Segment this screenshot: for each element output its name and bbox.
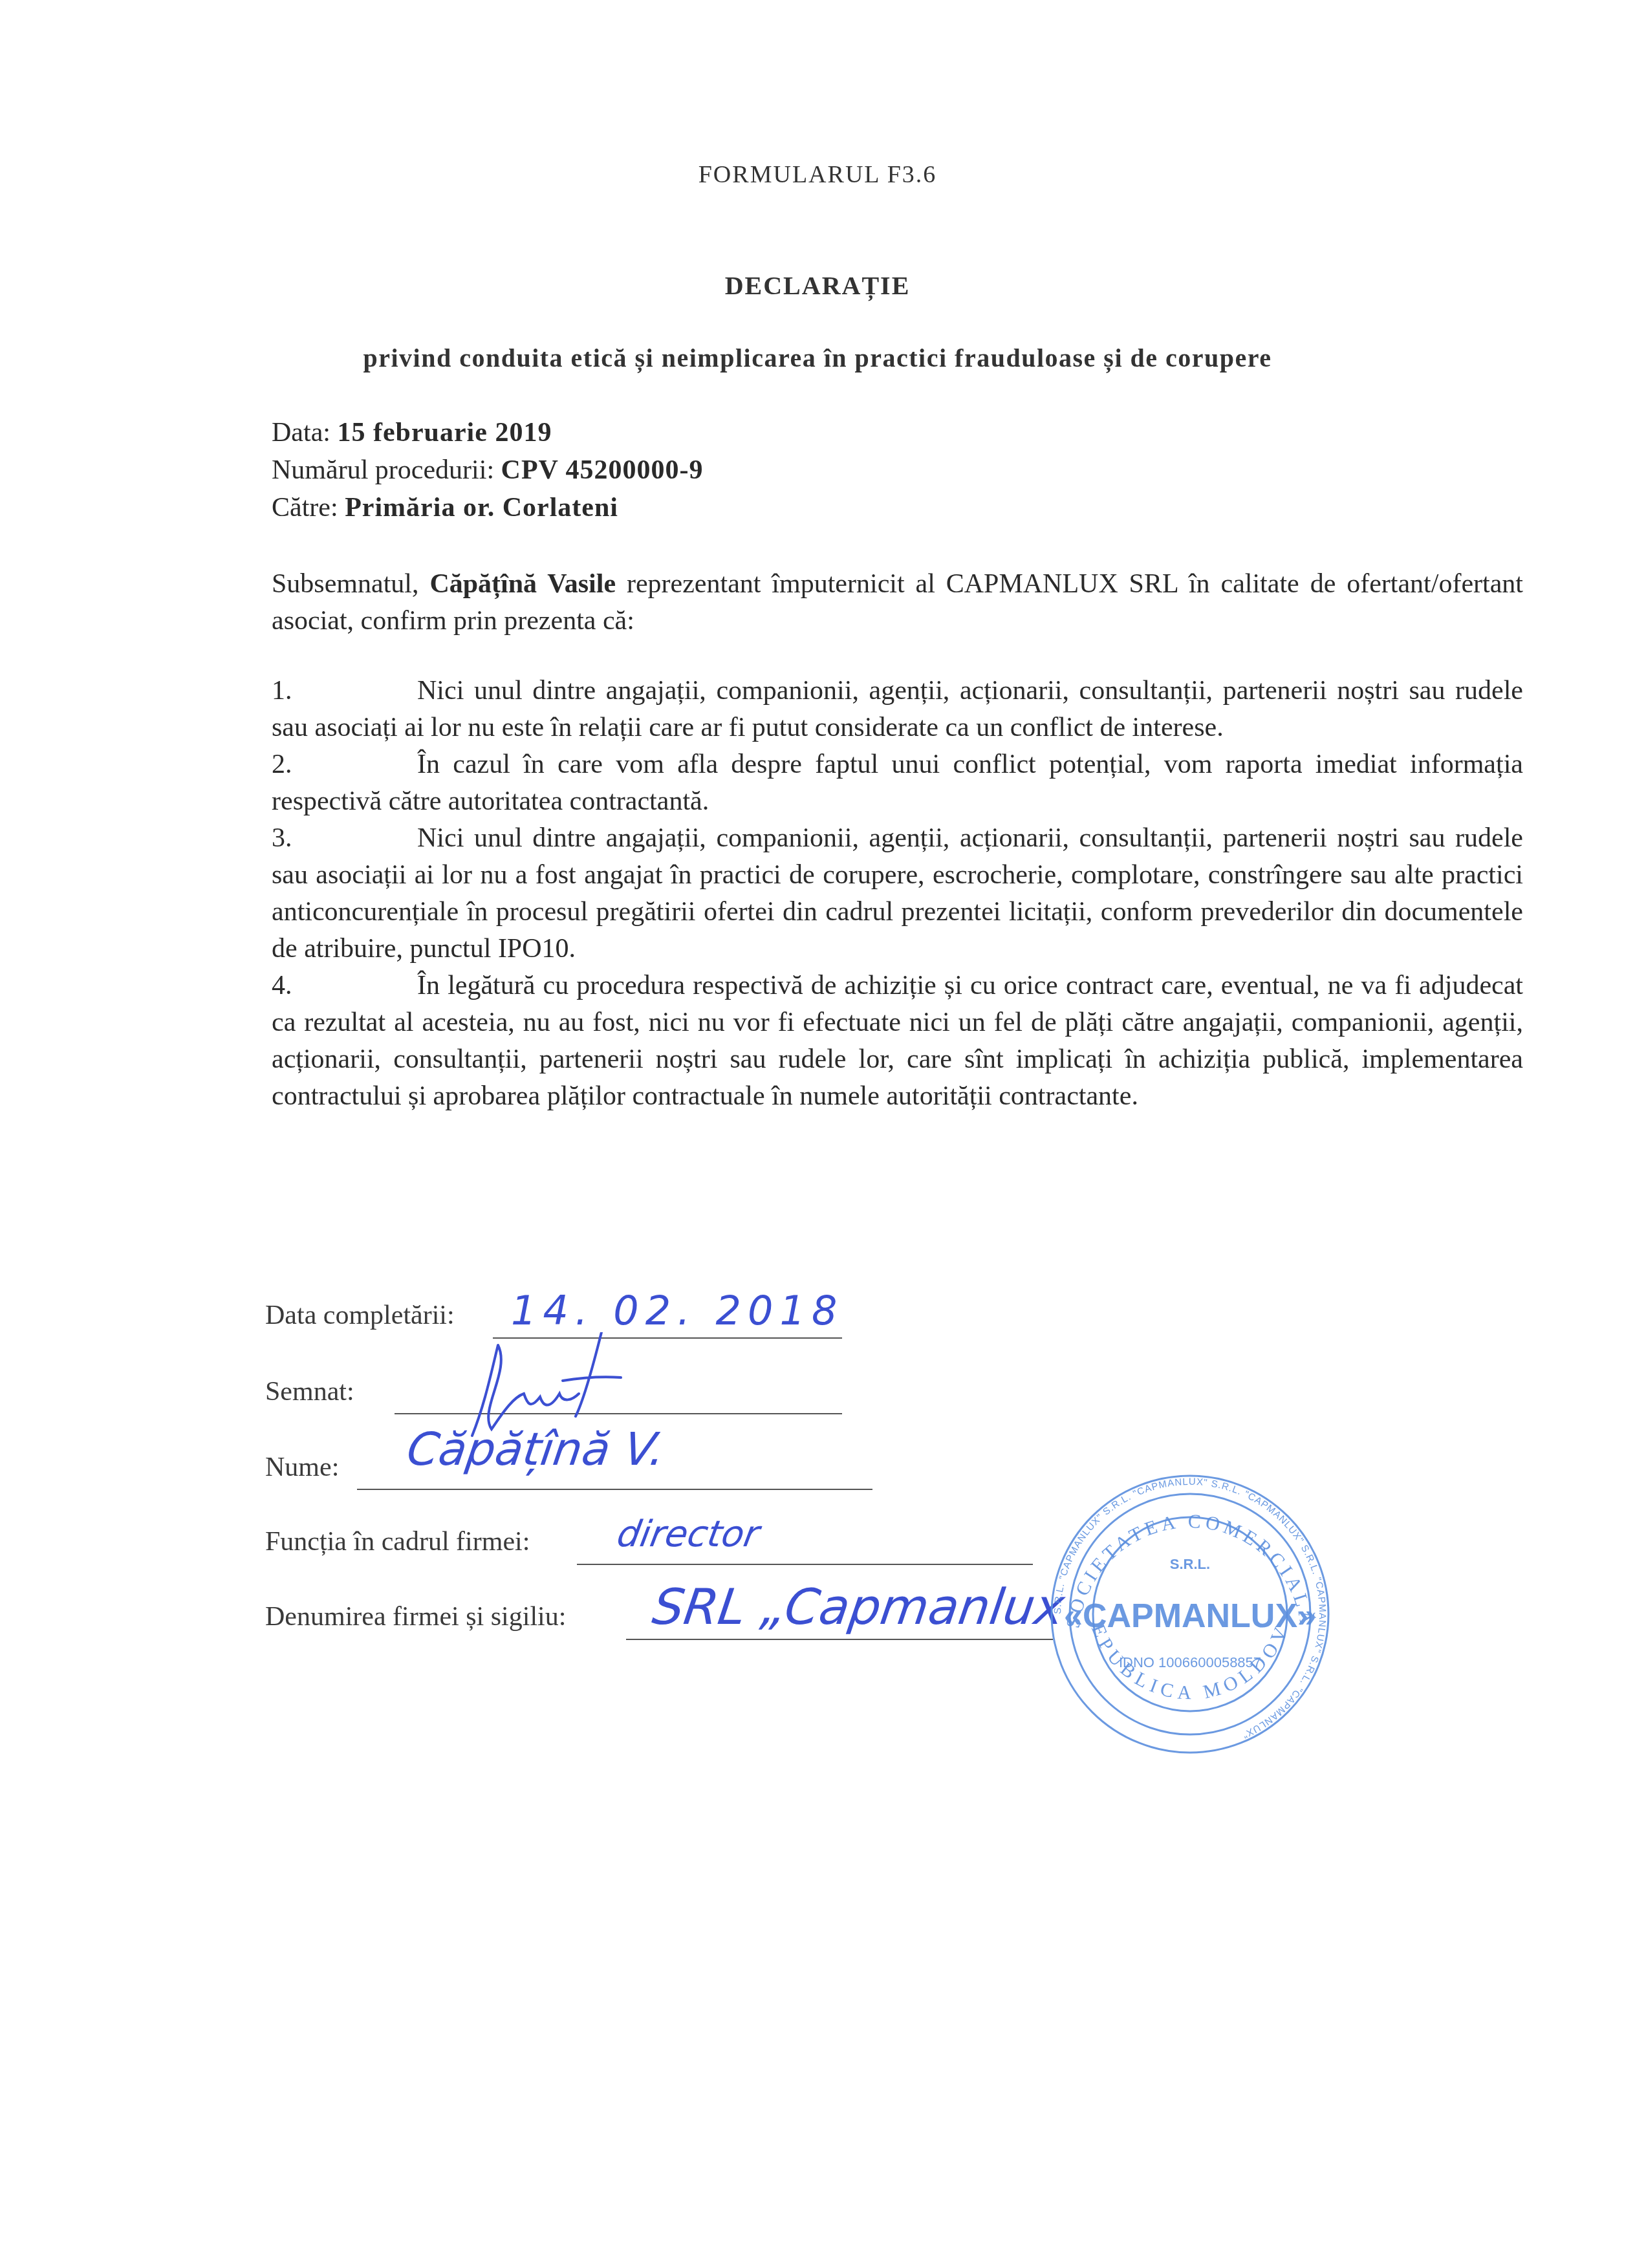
item-text: Nici unul dintre angajații, companionii,… [272,823,1523,964]
item-text: În cazul în care vom afla despre faptul … [272,750,1523,816]
company-label: Denumirea firmei și sigiliu: [265,1601,566,1632]
stamp-company: «CAPMANLUX» [1064,1597,1316,1635]
item-text: Nici unul dintre angajații, companionii,… [272,676,1523,742]
name-underline [357,1489,872,1490]
declaration-item: 4.În legătură cu procedura respectivă de… [272,967,1523,1115]
date-value: 15 februarie 2019 [337,418,552,448]
stamp-idno: IDNO 1006600058857 [1119,1654,1261,1670]
function-underline [577,1564,1033,1565]
declaration-subtitle: privind conduita etică și neimplicarea î… [0,343,1635,373]
completion-date-label: Data completării: [265,1300,455,1331]
declaration-item: 2.În cazul în care vom afla despre faptu… [272,746,1523,820]
date-label: Data: [272,418,330,448]
representative-name: Căpățînă Vasile [429,569,616,599]
item-number: 2. [272,746,417,783]
declaration-item: 1.Nici unul dintre angajații, companioni… [272,673,1523,746]
company-stamp-icon: S.R.L. "CAPMANLUX" S.R.L. "CAPMANLUX" S.… [1049,1473,1331,1755]
procedure-line: Numărul procedurii: CPV 45200000-9 [272,451,704,489]
function-label: Funcția în cadrul firmei: [265,1526,530,1557]
form-title: FORMULARUL F3.6 [0,160,1635,189]
date-line: Data: 15 februarie 2019 [272,414,704,451]
stamp-type: S.R.L. [1170,1556,1210,1572]
company-value[interactable]: SRL „Capmanlux [649,1578,1068,1636]
intro-prefix: Subsemnatul, [272,569,419,599]
item-number: 1. [272,673,417,709]
function-value[interactable]: director [614,1513,763,1555]
procedure-value: CPV 45200000-9 [501,455,704,485]
recipient-value: Primăria or. Corlateni [345,493,618,523]
item-number: 4. [272,967,417,1004]
item-text: În legătură cu procedura respectivă de a… [272,971,1523,1111]
signed-label: Semnat: [265,1376,354,1407]
completion-date-value[interactable]: 14. 02. 2018 [511,1287,843,1334]
meta-block: Data: 15 februarie 2019 Numărul procedur… [272,414,704,526]
recipient-line: Către: Primăria or. Corlateni [272,489,704,526]
name-label: Nume: [265,1452,339,1483]
name-value[interactable]: Căpățînă V. [404,1423,668,1476]
declaration-item: 3.Nici unul dintre angajații, companioni… [272,820,1523,967]
intro-paragraph: Subsemnatul, Căpățînă Vasile reprezentan… [272,566,1523,640]
company-underline [626,1639,1053,1640]
declaration-title: DECLARAȚIE [0,270,1635,301]
declaration-items: 1.Nici unul dintre angajații, companioni… [272,673,1523,1115]
recipient-label: Către: [272,493,338,523]
procedure-label: Numărul procedurii: [272,455,494,485]
item-number: 3. [272,820,417,857]
